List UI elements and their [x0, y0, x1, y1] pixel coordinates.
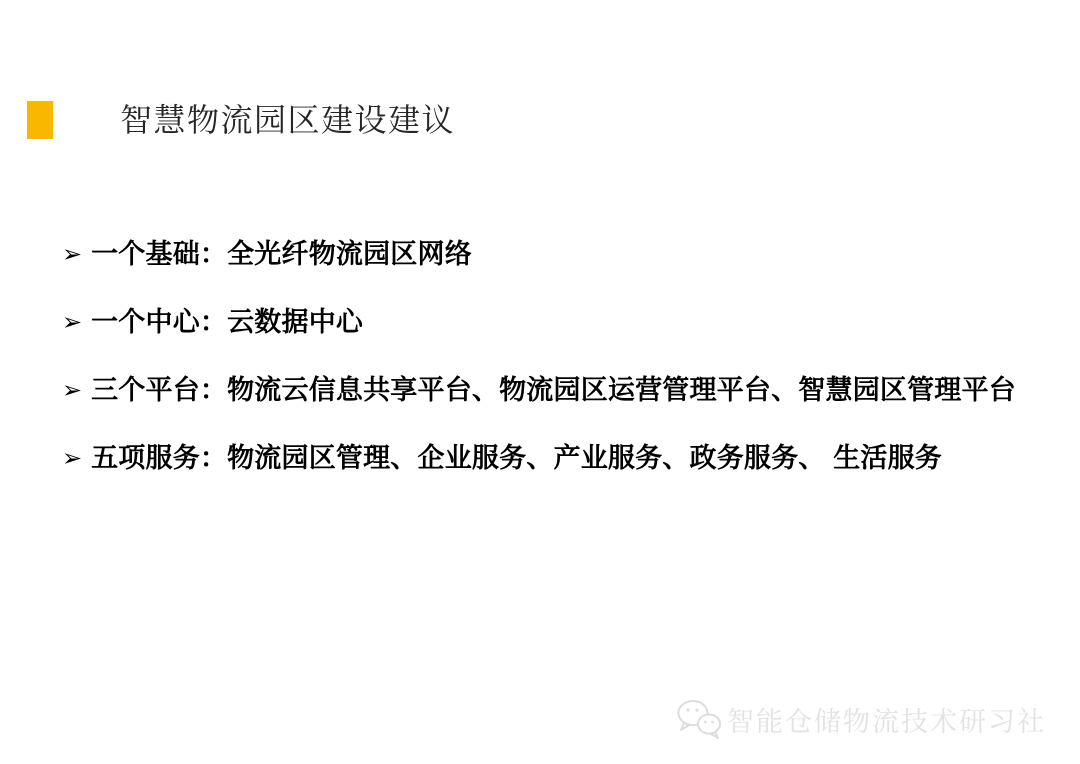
- presentation-slide: 智慧物流园区建设建议 ➢ 一个基础：全光纤物流园区网络 ➢ 一个中心：云数据中心…: [0, 0, 1080, 764]
- arrowhead-bullet-icon: ➢: [62, 308, 82, 337]
- watermark: 智能仓储物流技术研习社: [675, 698, 1046, 740]
- bullet-text: 五项服务：物流园区管理、企业服务、产业服务、政务服务、 生活服务: [91, 444, 942, 473]
- watermark-text: 智能仓储物流技术研习社: [727, 700, 1046, 739]
- bullet-text: 三个平台：物流云信息共享平台、物流园区运营管理平台、智慧园区管理平台: [91, 376, 1016, 405]
- bullet-text: 一个中心：云数据中心: [91, 308, 363, 337]
- bullet-text: 一个基础：全光纤物流园区网络: [91, 240, 472, 269]
- arrowhead-bullet-icon: ➢: [62, 444, 82, 473]
- arrowhead-bullet-icon: ➢: [62, 376, 82, 405]
- bullet-item: ➢ 一个中心：云数据中心: [62, 308, 1052, 337]
- title-accent-marker: [27, 101, 53, 139]
- wechat-icon: [675, 698, 723, 740]
- bullet-item: ➢ 三个平台：物流云信息共享平台、物流园区运营管理平台、智慧园区管理平台: [62, 376, 1052, 405]
- bullet-item: ➢ 一个基础：全光纤物流园区网络: [62, 240, 1052, 269]
- bullet-item: ➢ 五项服务：物流园区管理、企业服务、产业服务、政务服务、 生活服务: [62, 444, 1052, 473]
- slide-title: 智慧物流园区建设建议: [120, 98, 455, 142]
- bullet-list: ➢ 一个基础：全光纤物流园区网络 ➢ 一个中心：云数据中心 ➢ 三个平台：物流云…: [62, 240, 1052, 512]
- arrowhead-bullet-icon: ➢: [62, 240, 82, 269]
